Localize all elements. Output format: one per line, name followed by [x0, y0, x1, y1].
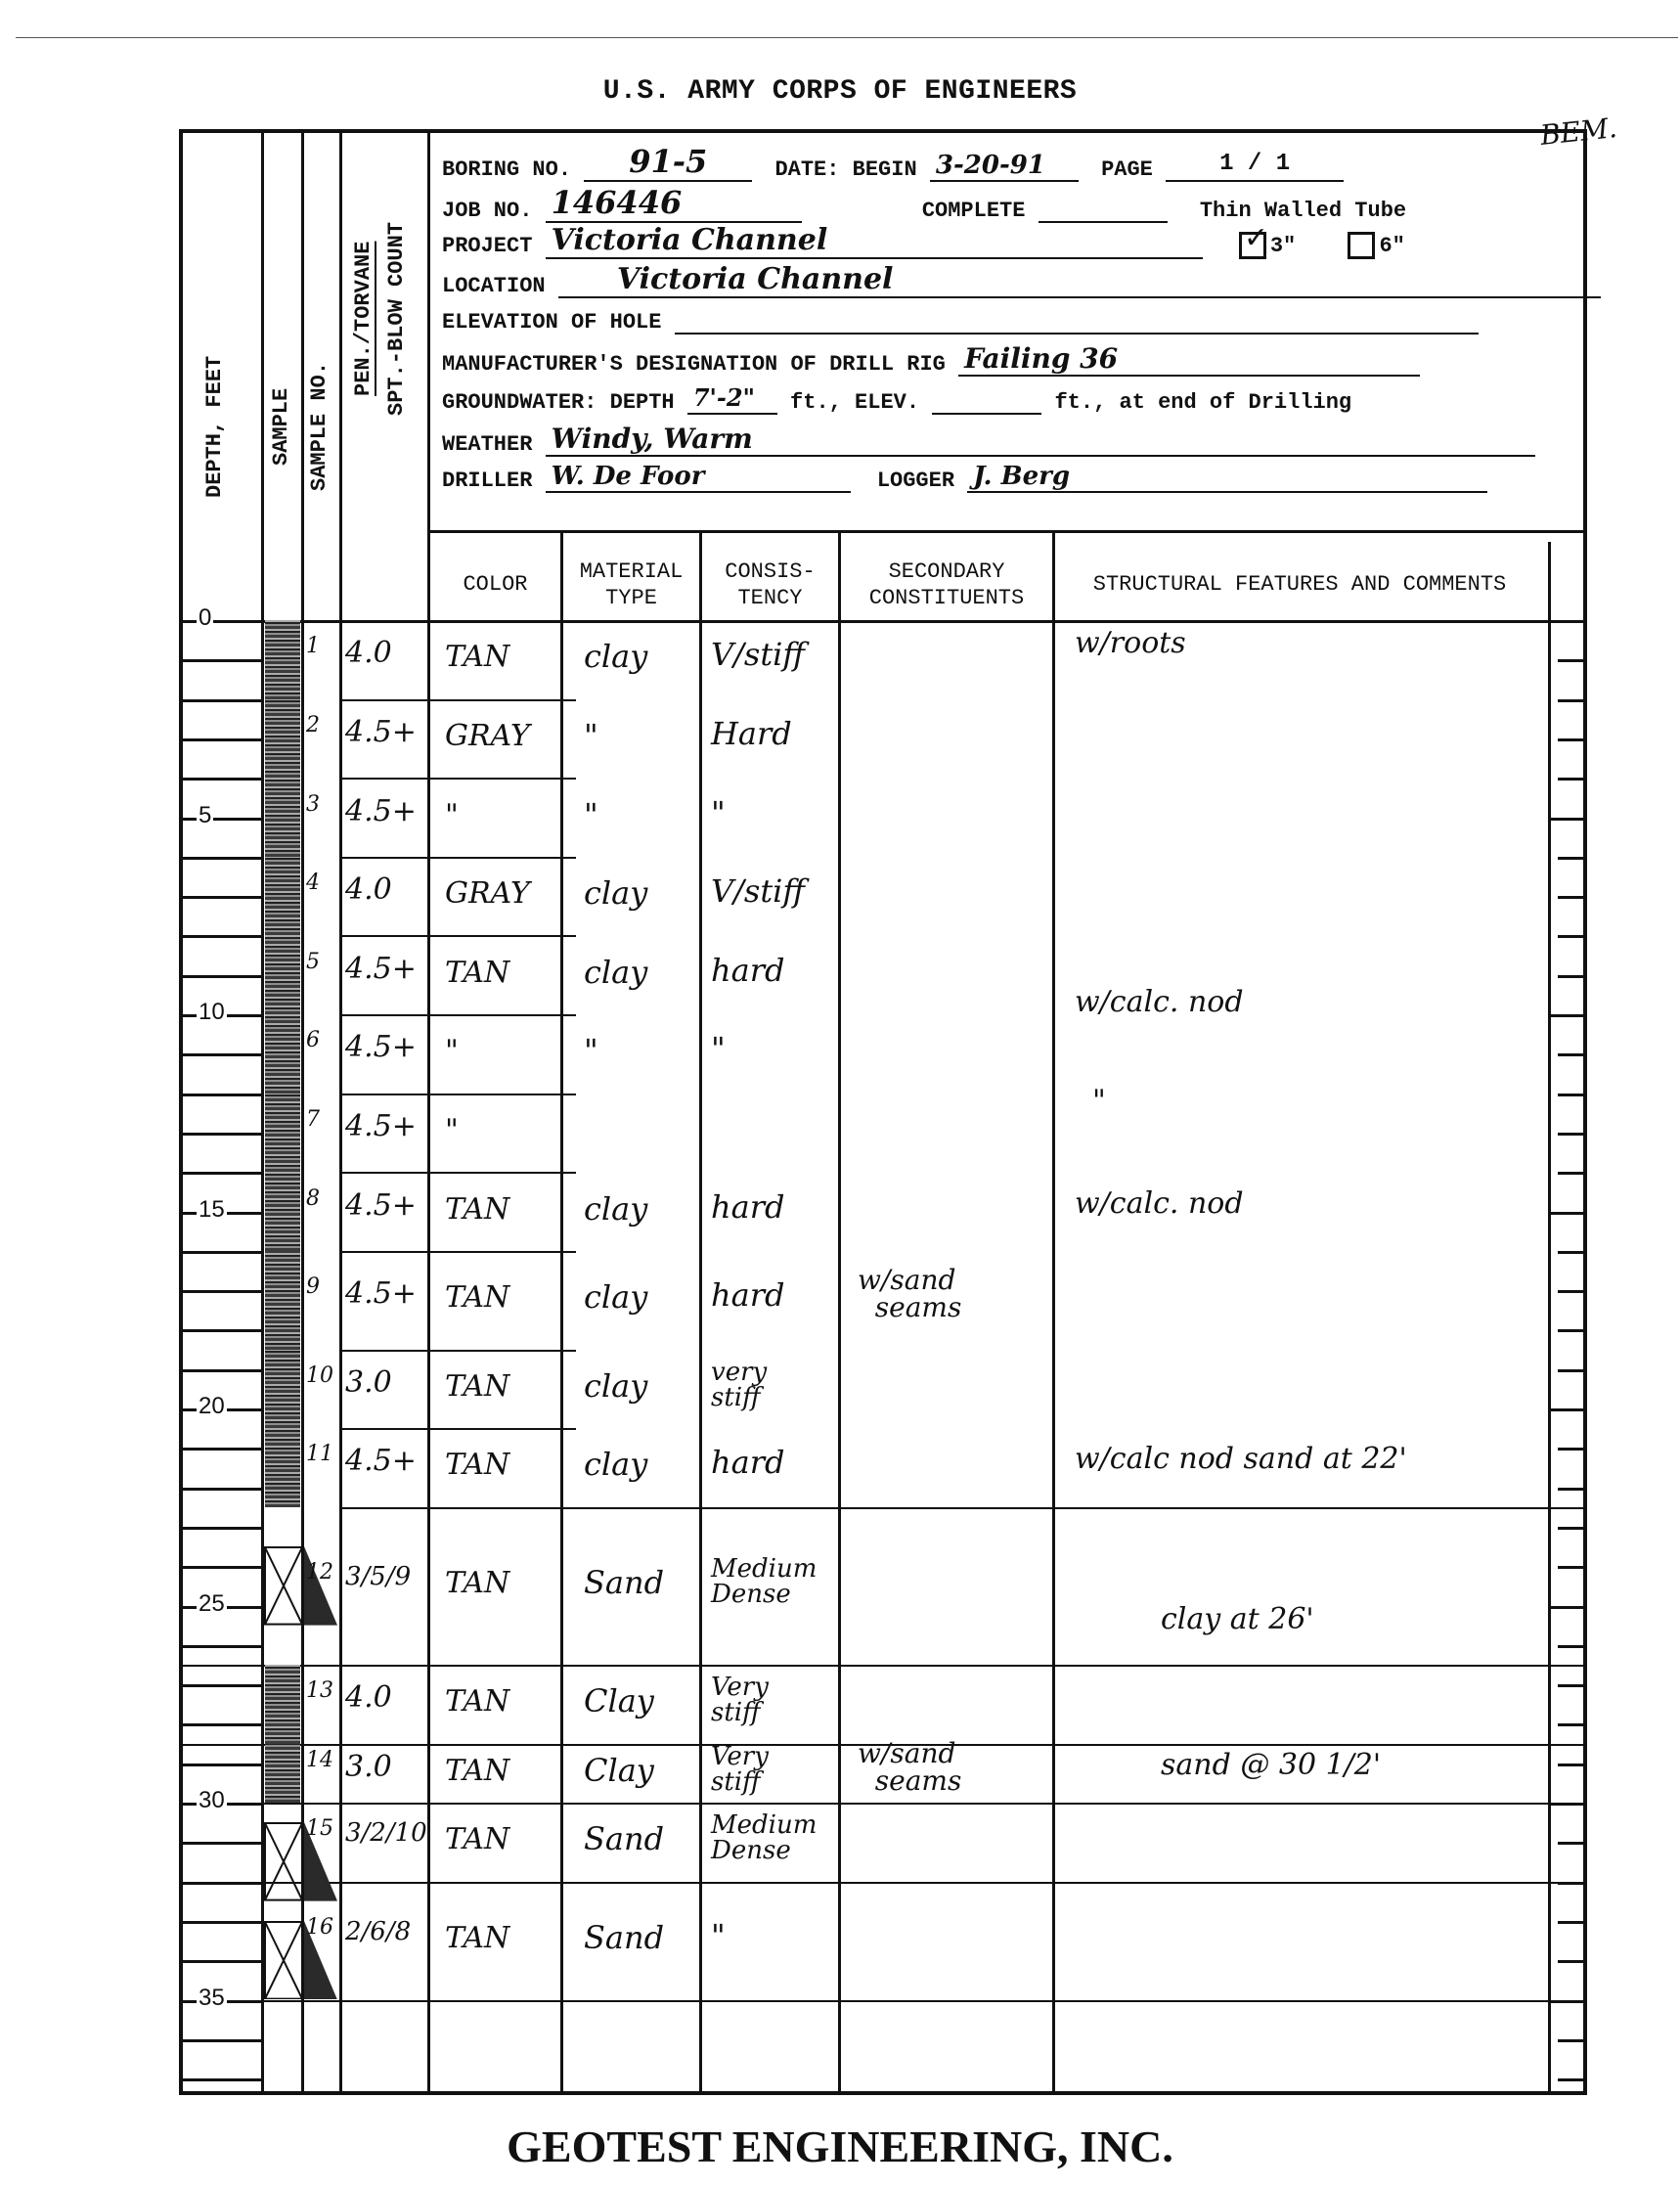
date-begin-field[interactable]: 3-20-91	[930, 151, 1079, 182]
weather-field[interactable]: Windy, Warm	[546, 423, 1535, 457]
right-depth-tick	[1558, 1053, 1583, 1056]
row-divider	[183, 1665, 1583, 1667]
material-value: Clay	[584, 1752, 654, 1789]
pen-torvane-value: 4.5+	[345, 1276, 417, 1311]
comment-value: w/calc. nod	[1075, 1186, 1244, 1221]
right-depth-tick	[1558, 738, 1583, 741]
depth-tick	[183, 2078, 261, 2081]
right-depth-tick	[1548, 818, 1583, 821]
tube-sample-shading	[265, 1251, 300, 1350]
pen-torvane-value: 3/5/9	[345, 1562, 411, 1591]
depth-tick	[183, 1723, 261, 1726]
spt-sample-x-icon	[264, 1921, 303, 2000]
complete-label: COMPLETE	[922, 199, 1026, 223]
header-block-bottom	[427, 530, 1583, 533]
tube-sample-shading	[265, 935, 300, 1014]
sample-no: 6	[306, 1028, 320, 1052]
row-divider	[183, 1803, 1583, 1805]
pen-torvane-value: 4.0	[345, 872, 392, 907]
depth-label: 0	[197, 604, 213, 632]
depth-tick	[183, 1251, 261, 1254]
sample-no: 10	[306, 1363, 333, 1388]
spt-sample-x-icon	[264, 1822, 303, 1901]
driller-field[interactable]: W. De Foor	[546, 462, 851, 493]
material-value: clay	[584, 1367, 647, 1405]
depth-label: 30	[197, 1787, 227, 1814]
divider-material	[699, 530, 702, 2091]
row-divider	[183, 2000, 1583, 2002]
sample-no: 3	[306, 792, 320, 817]
drill-rig-field[interactable]: Failing 36	[958, 342, 1420, 377]
material-value: "	[584, 717, 598, 754]
agency-title: U.S. ARMY CORPS OF ENGINEERS	[0, 76, 1680, 107]
right-depth-tick	[1558, 1723, 1583, 1726]
right-depth-tick	[1558, 975, 1583, 978]
row-weather: WEATHER Windy, Warm	[442, 423, 1535, 457]
comment-value: w/roots	[1075, 626, 1186, 660]
depth-tick	[183, 1053, 261, 1056]
logger-field[interactable]: J. Berg	[967, 462, 1487, 493]
comment-value: "	[1092, 1084, 1106, 1118]
depth-tick	[183, 975, 261, 978]
sample-no: 16	[306, 1915, 333, 1940]
pen-torvane-value: 4.5+	[345, 952, 417, 986]
consistency-value: verystiff	[711, 1360, 767, 1410]
consistency-value: Verystiff	[711, 1744, 769, 1795]
tube-sample-shading	[265, 699, 300, 779]
color-value: TAN	[445, 1448, 509, 1482]
depth-tick	[183, 738, 261, 741]
job-no-label: JOB NO.	[442, 199, 532, 223]
right-depth-tick	[1558, 1488, 1583, 1491]
right-depth-tick	[1558, 1172, 1583, 1175]
sample-no: 15	[306, 1816, 333, 1841]
right-depth-tick	[1558, 1921, 1583, 1924]
depth-tick	[183, 818, 261, 821]
sample-no: 12	[306, 1560, 333, 1585]
tube-3in-label: 3"	[1270, 234, 1296, 258]
secondary-value: w/sand seams	[858, 1267, 961, 1321]
page-field[interactable]: 1 / 1	[1166, 151, 1344, 182]
right-depth-tick	[1558, 1094, 1583, 1096]
right-depth-tick	[1548, 1606, 1583, 1609]
pen-torvane-value: 4.5+	[345, 1444, 417, 1478]
material-value: Clay	[584, 1682, 654, 1719]
depth-tick	[183, 1488, 261, 1491]
secondary-value: w/sand seams	[858, 1740, 961, 1795]
row-divider	[339, 1172, 576, 1174]
comment-value: sand @ 30 1/2'	[1161, 1748, 1381, 1782]
pen-torvane-value: 3.0	[345, 1750, 392, 1784]
divider-consistency	[838, 530, 841, 2091]
tube-3in-option[interactable]: 3"	[1239, 234, 1296, 258]
depth-tick	[183, 2039, 261, 2042]
depth-tick	[183, 1329, 261, 1332]
right-depth-tick	[1558, 1527, 1583, 1530]
divider-pen	[427, 133, 430, 2091]
row-groundwater: GROUNDWATER: DEPTH 7'-2" ft., ELEV. ft.,…	[442, 383, 1351, 415]
material-value: clay	[584, 874, 647, 912]
row-divider	[339, 1014, 576, 1016]
location-label: LOCATION	[442, 274, 546, 298]
elevation-label: ELEVATION OF HOLE	[442, 310, 661, 335]
sample-no: 4	[306, 871, 320, 895]
tube-6in-option[interactable]: 6"	[1348, 234, 1404, 258]
comment-value: w/calc. nod	[1075, 985, 1244, 1019]
right-depth-tick	[1558, 1133, 1583, 1136]
right-depth-tick	[1558, 1369, 1583, 1372]
row-divider	[183, 1882, 1583, 1884]
comment-value: w/calc nod sand at 22'	[1075, 1442, 1407, 1476]
consistency-value: MediumDense	[711, 1812, 817, 1863]
col-structural-features: STRUCTURAL FEATURES AND COMMENTS	[1055, 542, 1544, 628]
divider-depth	[261, 133, 264, 2091]
divider-sample	[301, 133, 304, 2091]
depth-label: 5	[197, 802, 213, 829]
tube-sample-shading	[265, 1744, 300, 1803]
col-consistency: CONSIS- TENCY	[702, 542, 838, 628]
checkbox-3in[interactable]	[1239, 232, 1266, 259]
groundwater-elev-label: ft., ELEV.	[790, 390, 919, 415]
depth-tick	[183, 1448, 261, 1451]
row-drill-rig: MANUFACTURER'S DESIGNATION OF DRILL RIG …	[442, 342, 1420, 377]
depth-tick	[183, 620, 261, 623]
depth-tick	[183, 1764, 261, 1766]
material-value: "	[584, 796, 598, 833]
complete-field[interactable]	[1039, 192, 1168, 223]
tube-sample-shading	[265, 1172, 300, 1251]
divider-tick-column	[1548, 542, 1551, 2091]
pen-torvane-value: 4.5+	[345, 1109, 417, 1143]
depth-tick	[183, 1094, 261, 1096]
consistency-value: "	[711, 1917, 726, 1954]
sample-no: 2	[306, 713, 320, 737]
label-sample-no: SAMPLE NO.	[307, 280, 336, 573]
right-depth-tick	[1558, 1329, 1583, 1332]
divider-color	[560, 530, 563, 2091]
color-value: "	[445, 798, 459, 832]
row-job-complete-tube: JOB NO. 146446 COMPLETE Thin Walled Tube	[442, 184, 1406, 223]
weather-label: WEATHER	[442, 432, 532, 457]
boring-log-form: DEPTH, FEET SAMPLE SAMPLE NO. PEN./TORVA…	[179, 129, 1587, 2095]
pen-torvane-value: 3.0	[345, 1365, 392, 1400]
right-depth-tick	[1558, 778, 1583, 781]
sample-no: 7	[306, 1107, 320, 1132]
depth-tick	[183, 1172, 261, 1175]
depth-tick	[183, 699, 261, 702]
right-depth-tick	[1558, 1764, 1583, 1766]
material-value: clay	[584, 638, 647, 675]
row-divider	[339, 1428, 576, 1430]
job-no-field[interactable]: 146446	[546, 184, 802, 223]
col-secondary-constituents: SECONDARY CONSTITUENTS	[841, 542, 1052, 628]
right-depth-tick	[1558, 1882, 1583, 1885]
boring-no-label: BORING NO.	[442, 157, 571, 182]
row-divider	[339, 1507, 1583, 1509]
right-depth-tick	[1558, 1842, 1583, 1845]
color-value: TAN	[445, 956, 509, 990]
row-project: PROJECT Victoria Channel 3" 6"	[442, 223, 1576, 259]
right-depth-tick	[1558, 699, 1583, 702]
consistency-value: hard	[711, 1276, 784, 1314]
label-sample: SAMPLE	[269, 280, 298, 573]
right-depth-tick	[1558, 1290, 1583, 1293]
pen-torvane-value: 4.0	[345, 1680, 392, 1715]
material-value: Sand	[584, 1564, 664, 1601]
depth-tick	[183, 659, 261, 662]
right-depth-tick	[1558, 2078, 1583, 2081]
location-field[interactable]: Victoria Channel	[558, 262, 1601, 298]
sample-no: 8	[306, 1186, 320, 1211]
sample-no: 14	[306, 1748, 333, 1772]
row-divider	[339, 1251, 576, 1253]
material-value: "	[584, 1032, 598, 1069]
pen-torvane-value: 4.5+	[345, 1188, 417, 1223]
right-depth-tick	[1558, 659, 1583, 662]
boring-no-field[interactable]: 91-5	[584, 143, 752, 182]
checkbox-6in[interactable]	[1348, 232, 1375, 259]
sample-no: 13	[306, 1678, 333, 1703]
right-depth-tick	[1548, 1408, 1583, 1411]
material-value: clay	[584, 954, 647, 991]
right-depth-tick	[1558, 1448, 1583, 1451]
depth-label: 25	[197, 1590, 227, 1618]
color-value: "	[445, 1034, 459, 1068]
color-value: TAN	[445, 1822, 509, 1856]
color-value: TAN	[445, 1192, 509, 1227]
page-top-rule	[16, 37, 1678, 38]
color-value: TAN	[445, 1280, 509, 1315]
depth-label: 10	[197, 999, 227, 1026]
color-value: TAN	[445, 1684, 509, 1719]
tube-sample-shading	[265, 778, 300, 857]
right-depth-tick	[1548, 1014, 1583, 1017]
depth-label: 15	[197, 1196, 227, 1224]
comment-value: clay at 26'	[1161, 1602, 1314, 1636]
consistency-value: "	[711, 1030, 726, 1067]
depth-label: 35	[197, 1985, 227, 2012]
color-value: TAN	[445, 1754, 509, 1788]
right-depth-tick	[1558, 1684, 1583, 1687]
tube-sample-shading	[265, 1014, 300, 1094]
row-divider	[339, 1350, 576, 1352]
row-boring-date-page: BORING NO. 91-5 DATE: BEGIN 3-20-91 PAGE…	[442, 143, 1344, 182]
right-depth-tick	[1558, 857, 1583, 860]
right-depth-tick	[1548, 620, 1583, 623]
depth-tick	[183, 1921, 261, 1924]
right-depth-tick	[1558, 935, 1583, 938]
right-depth-tick	[1558, 1960, 1583, 1963]
tube-6in-label: 6"	[1379, 234, 1404, 258]
color-value: TAN	[445, 640, 509, 674]
sample-no: 9	[306, 1274, 320, 1299]
tube-sample-shading	[265, 857, 300, 936]
consistency-value: MediumDense	[711, 1556, 817, 1607]
consistency-value: "	[711, 794, 726, 831]
tube-sample-shading	[265, 1350, 300, 1429]
label-depth-feet: DEPTH, FEET	[202, 280, 242, 573]
row-elevation: ELEVATION OF HOLE	[442, 303, 1479, 335]
company-footer: GEOTEST ENGINEERING, INC.	[0, 2121, 1680, 2172]
depth-tick	[183, 1882, 261, 1885]
tube-sample-shading	[265, 620, 300, 699]
depth-label: 20	[197, 1393, 227, 1420]
color-value: GRAY	[445, 719, 530, 753]
divider-sample-no	[339, 133, 342, 2091]
material-value: clay	[584, 1278, 647, 1316]
groundwater-elev-field[interactable]	[932, 383, 1041, 415]
right-depth-tick	[1548, 1212, 1583, 1215]
sample-no: 1	[306, 634, 320, 658]
label-spt-blow-count: SPT.-BLOW COUNT	[384, 172, 414, 466]
material-value: clay	[584, 1446, 647, 1483]
row-divider	[339, 778, 576, 780]
row-location: LOCATION Victoria Channel	[442, 262, 1601, 298]
depth-tick	[183, 1290, 261, 1293]
tube-sample-shading	[265, 1665, 300, 1744]
depth-tick	[183, 1684, 261, 1687]
depth-tick	[183, 896, 261, 899]
pen-torvane-value: 4.0	[345, 636, 392, 670]
sample-no: 11	[306, 1442, 333, 1466]
pen-torvane-value: 4.5+	[345, 794, 417, 828]
consistency-value: Verystiff	[711, 1674, 769, 1725]
depth-tick	[183, 935, 261, 938]
material-value: Sand	[584, 1820, 664, 1857]
consistency-value: V/stiff	[711, 636, 805, 673]
thin-walled-tube-label: Thin Walled Tube	[1200, 199, 1406, 223]
depth-tick	[183, 1645, 261, 1648]
depth-tick	[183, 1960, 261, 1963]
pen-torvane-value: 4.5+	[345, 1030, 417, 1064]
row-driller-logger: DRILLER W. De Foor LOGGER J. Berg	[442, 462, 1487, 493]
right-depth-tick	[1558, 1566, 1583, 1569]
divider-secondary	[1052, 530, 1055, 2091]
col-material-type: MATERIAL TYPE	[563, 542, 699, 628]
consistency-value: hard	[711, 1188, 784, 1226]
right-depth-tick	[1558, 1251, 1583, 1254]
color-value: TAN	[445, 1369, 509, 1404]
consistency-value: hard	[711, 1444, 784, 1481]
depth-tick	[183, 778, 261, 781]
elevation-field[interactable]	[675, 303, 1479, 335]
row-divider	[339, 699, 576, 701]
right-depth-tick	[1558, 1645, 1583, 1648]
project-label: PROJECT	[442, 234, 532, 258]
spt-triangle-icon	[304, 1546, 339, 1626]
consistency-value: hard	[711, 952, 784, 989]
sample-no: 5	[306, 950, 320, 974]
pen-torvane-value: 4.5+	[345, 715, 417, 749]
right-depth-tick	[1548, 2000, 1583, 2003]
color-value: TAN	[445, 1921, 509, 1955]
tube-sample-shading	[265, 1094, 300, 1173]
depth-tick	[183, 1527, 261, 1530]
tube-sample-shading	[265, 1428, 300, 1507]
spt-sample-x-icon	[264, 1546, 303, 1626]
depth-tick	[183, 1566, 261, 1569]
material-value: Sand	[584, 1919, 664, 1956]
color-value: TAN	[445, 1566, 509, 1600]
col-color: COLOR	[430, 542, 560, 628]
date-begin-label: DATE: BEGIN	[774, 157, 916, 182]
depth-tick	[183, 1369, 261, 1372]
logger-label: LOGGER	[877, 469, 954, 493]
page-label: PAGE	[1101, 157, 1153, 182]
project-field[interactable]: Victoria Channel	[546, 223, 1203, 259]
depth-tick	[183, 1842, 261, 1845]
right-depth-tick	[1558, 896, 1583, 899]
row-divider	[339, 935, 576, 937]
driller-label: DRILLER	[442, 469, 532, 493]
groundwater-end-label: ft., at end of Drilling	[1054, 390, 1351, 415]
label-pen-torvane: PEN./TORVANE	[351, 172, 380, 466]
material-value: clay	[584, 1190, 647, 1228]
consistency-value: Hard	[711, 715, 792, 752]
depth-tick	[183, 1133, 261, 1136]
pen-torvane-value: 2/6/8	[345, 1917, 411, 1946]
consistency-value: V/stiff	[711, 872, 805, 910]
row-divider	[339, 857, 576, 859]
groundwater-label: GROUNDWATER: DEPTH	[442, 390, 675, 415]
depth-tick	[183, 857, 261, 860]
drill-rig-label: MANUFACTURER'S DESIGNATION OF DRILL RIG	[442, 352, 946, 377]
right-depth-tick	[1558, 2039, 1583, 2042]
right-depth-tick	[1548, 1803, 1583, 1806]
pen-torvane-value: 3/2/10	[345, 1818, 427, 1848]
row-divider	[339, 1094, 576, 1095]
color-value: "	[445, 1113, 459, 1147]
groundwater-depth-field[interactable]: 7'-2"	[687, 383, 777, 415]
color-value: GRAY	[445, 876, 530, 911]
